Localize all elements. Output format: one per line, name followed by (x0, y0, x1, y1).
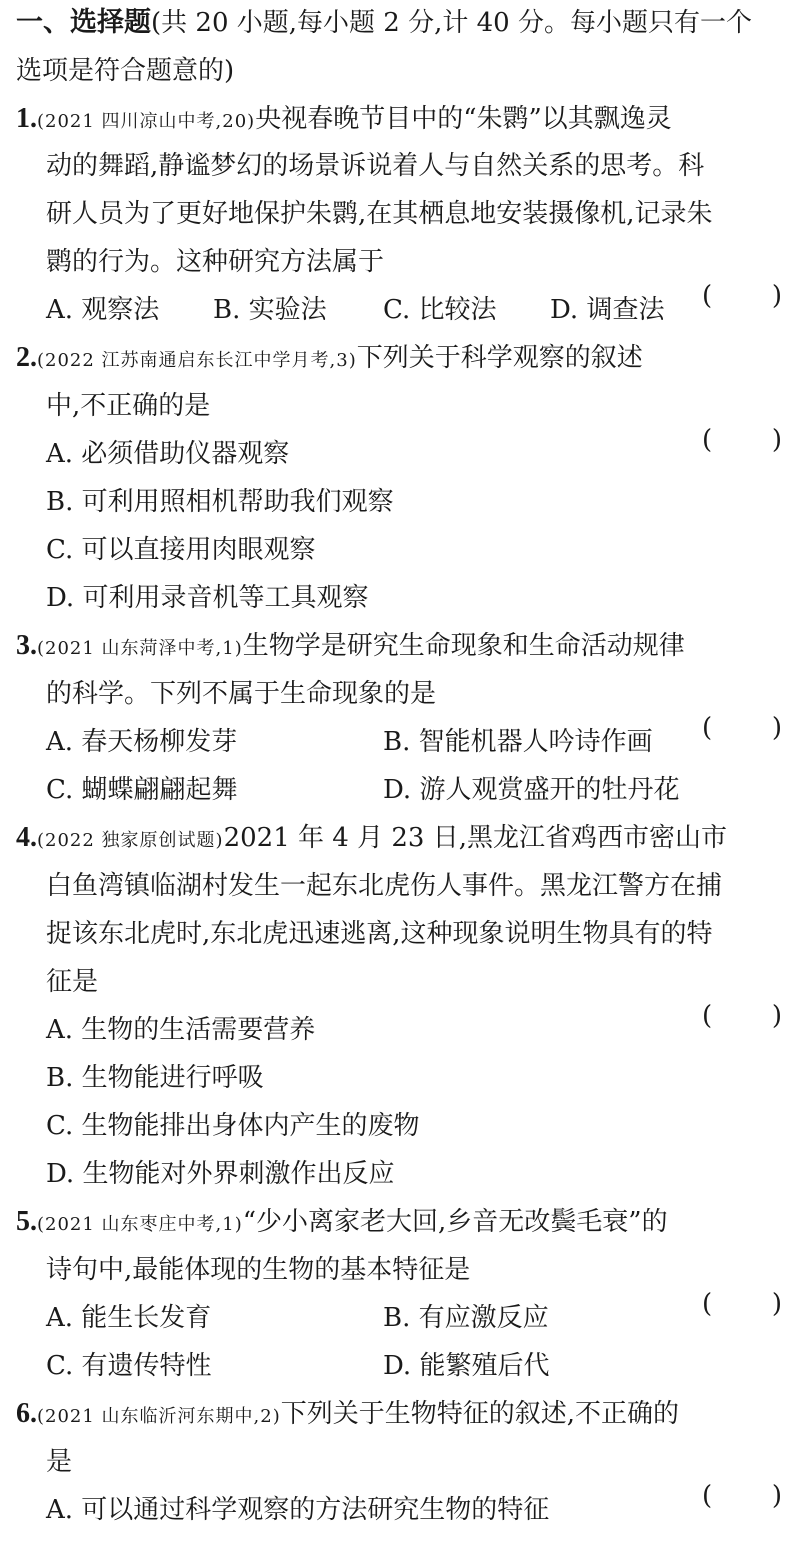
option-c[interactable]: C. 可以直接用肉眼观察 (46, 533, 800, 567)
question-source: (2021 山东菏泽中考,1) (37, 638, 243, 659)
option-b[interactable]: B. 实验法 (213, 293, 327, 327)
option-c[interactable]: C. 比较法 (383, 293, 497, 327)
question-source: (2022 独家原创试题) (37, 830, 224, 851)
answer-blank[interactable]: () (702, 711, 782, 745)
answer-blank[interactable]: () (702, 1287, 782, 1321)
option-a[interactable]: A. 生物的生活需要营养 (46, 1013, 800, 1047)
option-c[interactable]: C. 蝴蝶翩翩起舞 (46, 773, 238, 807)
question-1-line-1: 1.(2021 四川凉山中考,20)央视春晚节目中的“朱鹮”以其飘逸灵 (16, 102, 800, 139)
question-source: (2022 江苏南通启东长江中学月考,3) (37, 350, 357, 371)
section-intro: (共 20 小题,每小题 2 分,计 40 分。每小题只有一个 (151, 8, 752, 38)
question-4-line-2: 白鱼湾镇临湖村发生一起东北虎伤人事件。黑龙江警方在捕 (46, 869, 800, 903)
option-c[interactable]: C. 生物能排出身体内产生的废物 (46, 1109, 800, 1143)
section-intro-cont: 选项是符合题意的) (16, 54, 800, 88)
option-a[interactable]: A. 春天杨柳发芽 (46, 725, 237, 759)
section-title: 一、选择题 (16, 7, 151, 38)
question-1-line-4: 鹮的行为。这种研究方法属于 () (46, 245, 800, 279)
answer-blank[interactable]: () (702, 279, 782, 313)
option-c[interactable]: C. 有遗传特性 (46, 1349, 212, 1383)
option-d[interactable]: D. 生物能对外界刺激作出反应 (46, 1157, 800, 1191)
question-6-line-2: 是 () (46, 1445, 800, 1479)
option-b[interactable]: B. 有应激反应 (383, 1301, 549, 1335)
option-d[interactable]: D. 调查法 (550, 293, 664, 327)
question-4-line-1: 4.(2022 独家原创试题)2021 年 4 月 23 日,黑龙江省鸡西市密山… (16, 821, 800, 858)
option-d[interactable]: D. 可利用录音机等工具观察 (46, 581, 800, 615)
question-4-line-3: 捉该东北虎时,东北虎迅速逃离,这种现象说明生物具有的特 (46, 917, 800, 951)
question-source: (2021 山东临沂河东期中,2) (37, 1406, 281, 1427)
option-a[interactable]: A. 必须借助仪器观察 (46, 437, 800, 471)
question-4-line-4: 征是 () (46, 965, 800, 999)
option-b[interactable]: B. 生物能进行呼吸 (46, 1061, 800, 1095)
option-a[interactable]: A. 可以通过科学观察的方法研究生物的特征 (46, 1493, 800, 1527)
question-source: (2021 四川凉山中考,20) (37, 111, 255, 132)
question-5-line-2: 诗句中,最能体现的生物的基本特征是 () (46, 1253, 800, 1287)
option-b[interactable]: B. 可利用照相机帮助我们观察 (46, 485, 800, 519)
question-1-line-3: 研人员为了更好地保护朱鹮,在其栖息地安装摄像机,记录朱 (46, 197, 800, 231)
question-1-line-2: 动的舞蹈,静谧梦幻的场景诉说着人与自然关系的思考。科 (46, 149, 800, 183)
section-header: 一、选择题(共 20 小题,每小题 2 分,计 40 分。每小题只有一个 (16, 6, 800, 40)
option-d[interactable]: D. 能繁殖后代 (383, 1349, 549, 1383)
question-6-line-1: 6.(2021 山东临沂河东期中,2)下列关于生物特征的叙述,不正确的 (16, 1397, 800, 1434)
exam-page: 一、选择题(共 20 小题,每小题 2 分,计 40 分。每小题只有一个 选项是… (0, 0, 800, 1549)
question-2-line-2: 中,不正确的是 () (46, 389, 800, 423)
question-2-line-1: 2.(2022 江苏南通启东长江中学月考,3)下列关于科学观察的叙述 (16, 341, 800, 378)
question-3-line-2: 的科学。下列不属于生命现象的是 () (46, 677, 800, 711)
question-source: (2021 山东枣庄中考,1) (37, 1214, 243, 1235)
option-a[interactable]: A. 能生长发育 (46, 1301, 211, 1335)
question-5-line-1: 5.(2021 山东枣庄中考,1)“少小离家老大回,乡音无改鬓毛衰”的 (16, 1205, 800, 1242)
question-3-line-1: 3.(2021 山东菏泽中考,1)生物学是研究生命现象和生命活动规律 (16, 629, 800, 666)
option-d[interactable]: D. 游人观赏盛开的牡丹花 (383, 773, 679, 807)
option-b[interactable]: B. 智能机器人吟诗作画 (383, 725, 653, 759)
option-a[interactable]: A. 观察法 (46, 293, 159, 327)
